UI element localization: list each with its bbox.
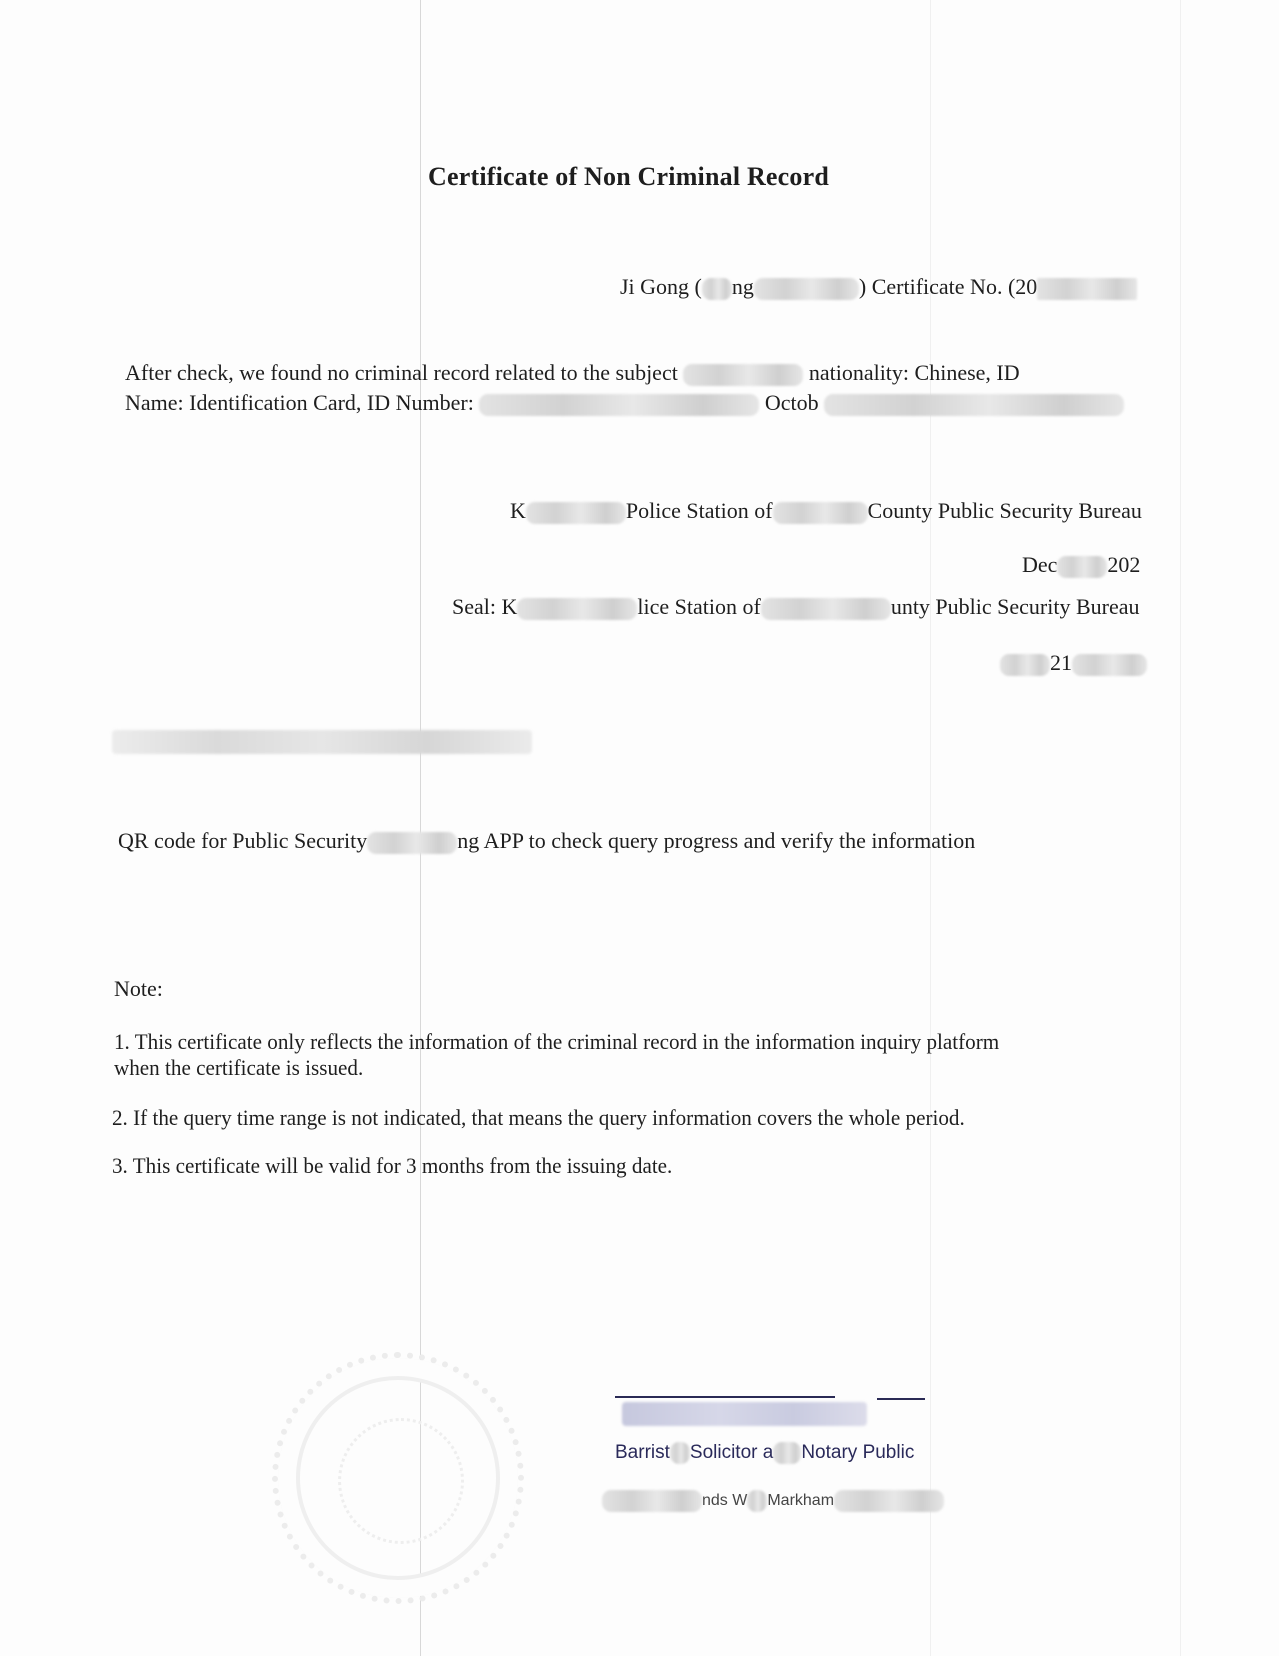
- redacted-line: [112, 730, 532, 754]
- nationality-text: nationality: Chinese, ID: [809, 360, 1020, 385]
- embossed-seal: [272, 1352, 524, 1604]
- seal-prefix: Seal: K: [452, 594, 517, 619]
- redacted-notary-name: [622, 1402, 867, 1426]
- reference-line: Ji Gong (ng) Certificate No. (20: [620, 274, 1137, 300]
- document-title: Certificate of Non Criminal Record: [428, 164, 829, 190]
- notary-title-a: Barrist: [615, 1442, 670, 1463]
- paper-crease: [1180, 0, 1181, 1656]
- redacted-county: [773, 502, 868, 524]
- redacted-station-name: [526, 502, 626, 524]
- seal-inner-ring: [338, 1418, 464, 1544]
- qr-suffix: ng APP to check query progress and verif…: [457, 828, 975, 853]
- date-fragment: Octob: [765, 390, 819, 415]
- redacted-name: [702, 278, 732, 300]
- notes-heading: Note:: [114, 976, 163, 1002]
- redacted-address: [602, 1490, 702, 1512]
- reference-mid: ng: [732, 274, 754, 299]
- code-fragment: 21: [1050, 650, 1072, 675]
- body-line-2: Name: Identification Card, ID Number: Oc…: [125, 390, 1124, 416]
- signature-line: [877, 1398, 925, 1400]
- date-suffix: 202: [1107, 552, 1140, 577]
- redacted-code: [1000, 654, 1050, 676]
- station-prefix: K: [510, 498, 526, 523]
- redacted-seal-name: [517, 598, 637, 620]
- note-1-line-2: when the certificate is issued.: [114, 1056, 363, 1080]
- address-a: nds W: [702, 1492, 747, 1509]
- body-text: After check, we found no criminal record…: [125, 360, 678, 385]
- redacted-app-name: [367, 832, 457, 854]
- redacted-title-part: [773, 1442, 801, 1464]
- address-b: Markham: [767, 1492, 834, 1509]
- notary-title-c: Notary Public: [801, 1442, 914, 1463]
- notary-title: BarristSolicitor aNotary Public: [615, 1440, 914, 1466]
- seal-suffix: unty Public Security Bureau: [891, 594, 1140, 619]
- id-label: Name: Identification Card, ID Number:: [125, 390, 474, 415]
- notary-title-b: Solicitor a: [690, 1442, 773, 1463]
- redacted-seal-county: [761, 598, 891, 620]
- redacted-code-tail: [1072, 654, 1147, 676]
- reference-prefix: Ji Gong (: [620, 274, 702, 299]
- date-prefix: Dec: [1022, 552, 1057, 577]
- redacted-certificate-number: [1037, 278, 1137, 300]
- station-mid: Police Station of: [626, 498, 773, 523]
- redacted-address: [834, 1490, 944, 1512]
- qr-prefix: QR code for Public Security: [118, 828, 367, 853]
- redacted-date-day: [1057, 556, 1107, 578]
- redacted-title-part: [670, 1442, 690, 1464]
- issue-date: Dec202: [1022, 552, 1140, 578]
- body-line-1: After check, we found no criminal record…: [125, 360, 1020, 386]
- seal-line: Seal: Klice Station ofunty Public Securi…: [452, 594, 1140, 620]
- note-1-line-1: 1. This certificate only reflects the in…: [114, 1030, 999, 1054]
- certificate-number-label: ) Certificate No. (20: [859, 274, 1037, 299]
- qr-code-line: QR code for Public Securityng APP to che…: [118, 828, 975, 854]
- note-2: 2. If the query time range is not indica…: [112, 1106, 965, 1130]
- redacted-date: [824, 394, 1124, 416]
- notary-address: nds WMarkham: [602, 1488, 944, 1514]
- note-3: 3. This certificate will be valid for 3 …: [112, 1154, 672, 1178]
- issuing-station: KPolice Station ofCounty Public Security…: [510, 498, 1142, 524]
- issuer-code: 21: [1000, 650, 1147, 676]
- redacted-address: [747, 1490, 767, 1512]
- station-suffix: County Public Security Bureau: [868, 498, 1142, 523]
- redacted-reference: [754, 278, 859, 300]
- seal-mid: lice Station of: [637, 594, 760, 619]
- redacted-id-number: [479, 394, 759, 416]
- redacted-subject-name: [683, 364, 803, 386]
- signature-line: [615, 1396, 835, 1398]
